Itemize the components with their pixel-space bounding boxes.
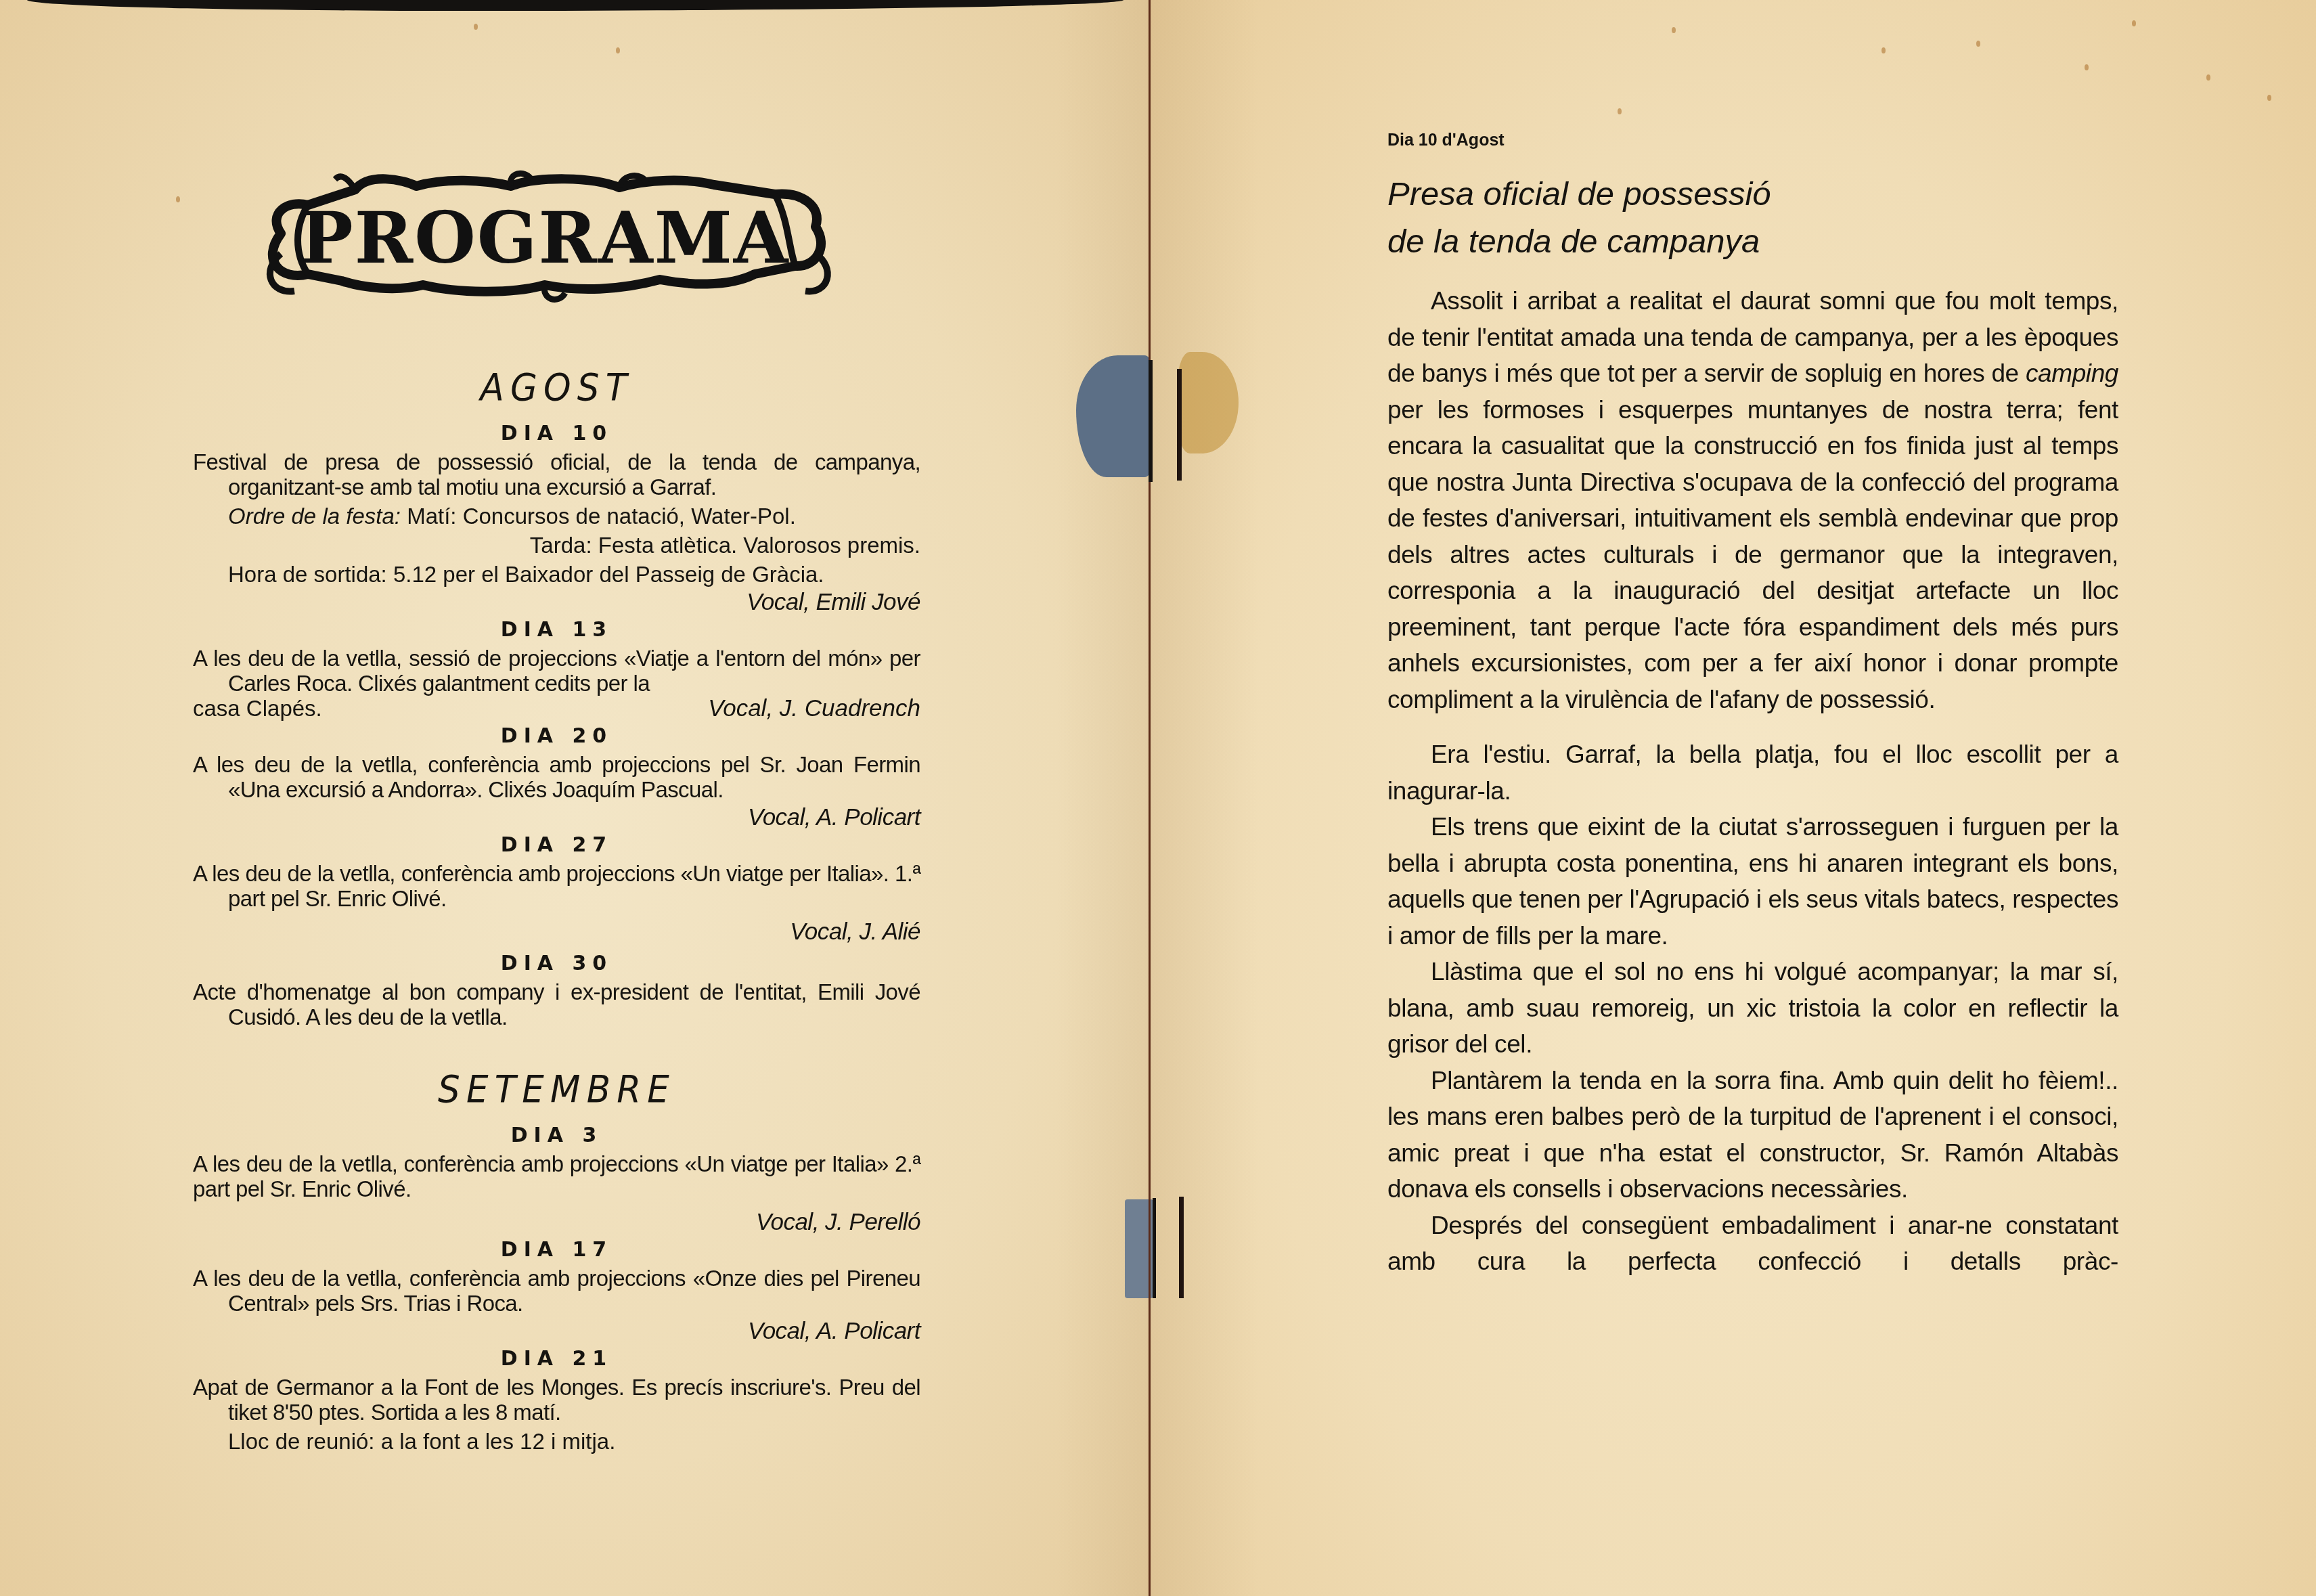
foxing-spot	[2206, 74, 2210, 81]
article-paragraph: Els trens que eixint de la ciutat s'arro…	[1387, 809, 2118, 954]
signature: Vocal, Emili Jové	[193, 590, 920, 615]
signature: Vocal, J. Cuadrench	[708, 696, 920, 721]
entry-text: A les deu de la vetlla, conferència amb …	[193, 752, 920, 802]
foxing-spot	[1618, 108, 1622, 114]
departure-time: Hora de sortida: 5.12 per el Baixador de…	[228, 562, 920, 587]
programa-banner: PROGRAMA	[240, 152, 849, 318]
entry-text: A les deu de la vetlla, conferència amb …	[193, 1266, 920, 1316]
program-entry: A les deu de la vetlla, sessió de projec…	[193, 646, 920, 721]
foxing-spot	[2132, 20, 2136, 26]
spine-fold	[1149, 0, 1151, 1596]
program-entry: A les deu de la vetlla, conferència amb …	[193, 1151, 920, 1235]
article-body: Assolit i arribat a realitat el daurat s…	[1387, 283, 2118, 1280]
paragraph-text: per les formoses i esquerpes muntanyes d…	[1387, 396, 2118, 713]
day-heading: DIA 30	[193, 948, 920, 979]
day-heading: DIA 10	[193, 418, 920, 449]
binding-thread	[1153, 1198, 1156, 1298]
order-morning: Matí: Concursos de natació, Water-Pol.	[407, 504, 796, 529]
foxing-spot	[616, 47, 620, 53]
entry-text: Acte d'homenatge al bon company i ex-pre…	[193, 979, 920, 1029]
program-entry: Acte d'homenatge al bon company i ex-pre…	[193, 979, 920, 1029]
month-heading: AGOST	[222, 357, 891, 418]
foxing-spot	[2267, 95, 2271, 101]
binding-thread	[1177, 369, 1182, 481]
signature: Vocal, A. Policart	[193, 1318, 920, 1344]
entry-text-tail: casa Clapés.	[193, 696, 322, 721]
day-heading: DIA 17	[193, 1235, 920, 1266]
program-entry: A les deu de la vetlla, conferència amb …	[193, 752, 920, 830]
emphasis-camping: camping	[2026, 359, 2118, 387]
day-heading: DIA 27	[193, 830, 920, 861]
signature: Vocal, J. Perelló	[193, 1210, 920, 1235]
article-paragraph: Era l'estiu. Garraf, la bella platja, fo…	[1387, 736, 2118, 809]
article-dateline: Dia 10 d'Agost	[1387, 129, 2118, 152]
day-heading: DIA 3	[193, 1120, 920, 1151]
month-heading: SETEMBRE	[222, 1059, 891, 1120]
program-entry: A les deu de la vetlla, conferència amb …	[193, 861, 920, 944]
article-paragraph: Plantàrem la tenda en la sorra fina. Amb…	[1387, 1063, 2118, 1207]
paragraph-text: Assolit i arribat a realitat el daurat s…	[1387, 287, 2118, 387]
article-title: Presa oficial de possessió de la tenda d…	[1387, 171, 2118, 265]
binding-thread	[1179, 1197, 1184, 1298]
entry-footer: casa Clapés. Vocal, J. Cuadrench	[193, 696, 920, 721]
signature: Vocal, J. Alié	[193, 919, 920, 944]
entry-order: Ordre de la festa: Matí: Concursos de na…	[228, 504, 920, 529]
foxing-spot	[1672, 27, 1676, 33]
banner-title: PROGRAMA	[240, 152, 849, 318]
article-title-line: de la tenda de campanya	[1387, 218, 2118, 265]
day-heading: DIA 21	[193, 1344, 920, 1375]
order-label: Ordre de la festa:	[228, 504, 401, 529]
gutter-shade-left	[1056, 0, 1149, 1596]
program-entry: Apat de Germanor a la Font de les Monges…	[193, 1375, 920, 1454]
foxing-spot	[1881, 47, 1886, 53]
article-paragraph: Llàstima que el sol no ens hi volgué aco…	[1387, 954, 2118, 1063]
book-spread: PROGRAMA AGOST DIA 10 Festival de presa …	[0, 0, 2316, 1596]
program-column: AGOST DIA 10 Festival de presa de posses…	[193, 352, 920, 1454]
foxing-spot	[1976, 41, 1980, 47]
foxing-spot	[176, 196, 180, 202]
foxing-spot	[2085, 64, 2089, 70]
entry-text: A les deu de la vetlla, conferència amb …	[193, 1151, 920, 1201]
entry-text: Apat de Germanor a la Font de les Monges…	[193, 1375, 920, 1425]
signature: Vocal, A. Policart	[193, 805, 920, 830]
article-paragraph: Després del consegüent embadaliment i an…	[1387, 1207, 2118, 1280]
day-heading: DIA 20	[193, 721, 920, 752]
day-heading: DIA 13	[193, 615, 920, 646]
gutter-shade-right	[1151, 0, 1259, 1596]
meeting-point: Lloc de reunió: a la font a les 12 i mit…	[228, 1429, 920, 1454]
entry-text: Festival de presa de possessió oficial, …	[193, 449, 920, 500]
program-entry: Festival de presa de possessió oficial, …	[193, 449, 920, 615]
article-paragraph: Assolit i arribat a realitat el daurat s…	[1387, 283, 2118, 717]
binding-thread	[1149, 360, 1153, 482]
entry-text: A les deu de la vetlla, sessió de projec…	[193, 646, 920, 696]
article-title-line: Presa oficial de possessió	[1387, 171, 2118, 218]
article-column: Dia 10 d'Agost Presa oficial de possessi…	[1387, 122, 2118, 1280]
program-entry: A les deu de la vetlla, conferència amb …	[193, 1266, 920, 1344]
foxing-spot	[474, 24, 478, 30]
blue-stain-top	[1076, 355, 1152, 477]
entry-text: A les deu de la vetlla, conferència amb …	[193, 861, 920, 911]
order-afternoon: Tarda: Festa atlètica. Valorosos premis.	[193, 533, 920, 558]
